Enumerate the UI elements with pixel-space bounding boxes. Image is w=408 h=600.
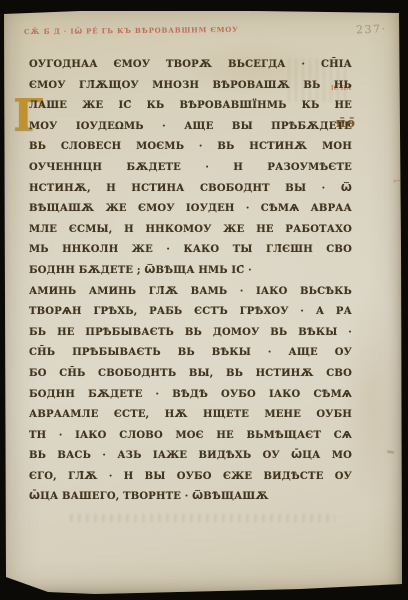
header-rubric: сѫ̄ б̄ д̄ · іѡ̄ ре́ гь къ вѣровавшнм ємо… [24,23,234,37]
text-line: нстинѫ, н нстина свободнт вы · ѿ [29,177,352,198]
text-line: ѡ̄ца вашего, творнте · ѿвѣщашѫ [29,485,352,506]
text-line: єго, гл̄ѫ · н вы оубо єже видѣсте оу [29,465,352,486]
text-line: аминь аминь гл̄ѫ вамь · ıако вьсѣкь [29,280,352,301]
text-line: оученнцн бѫдете · н разоумѣєте [29,156,352,177]
text-line: бо сн̄ь свободнть вы, вь нстинѫ сво [29,362,352,383]
text-line: творѧн грѣхь, рабь єстъ грѣхоу · а ра [29,300,352,321]
text-line: мле єсмы, н ннкомоу же не работахо [29,218,352,239]
text-line: бь не прѣбываєть вь домоу вь вѣкы · [29,321,352,342]
folio-number: 237· [356,22,387,36]
manuscript-page: сѫ̄ б̄ д̄ · іѡ̄ ре́ гь къ вѣровавшнм ємо… [0,0,408,600]
text-line: боднн бѫдете ; ѿвѣща нмь іс̄ · [29,259,352,280]
text-line: вь вась · азь ıаже видѣхь оу ѡ̄ца мо [29,444,352,465]
text-block: оугоднаа ємоу творѫ вьсегда · сн̄ıа ємоу… [29,53,352,506]
text-line: лаше же іс̄ кь вѣровавшїнмь кь не [29,94,352,115]
text-line: вѣщашѫ же ємоу іоуден · сѣмѧ авраа [29,197,352,218]
margin-arrow-mark: ← [392,175,402,187]
text-line: ємоу гл̄ѫщоу мнозн вѣровашѫ вь нь [29,74,352,95]
text-line: авраамле єсте, нѫ нщете мене оубн [29,403,352,424]
text-line: оугоднаа ємоу творѫ вьсегда · сн̄ıа [29,53,352,74]
text-line: боднн бѫдете · вѣдѣ оубо ıако сѣмѧ [29,383,352,404]
text-line: тн · ıако слово моє не вьмѣщаєт сѧ [29,424,352,445]
text-line: вь словесн моємь · вь нстинѫ мон [29,135,352,156]
text-line: мь ннколн же · како ты гл̄єшн сво [29,238,352,259]
text-line: моу іоудеωмь · аще вы прѣбѫдете [29,115,352,136]
text-line: сн̄ь прѣбываєть вь вѣкы · аще оу [29,341,352,362]
ink-bleed-through [70,514,335,522]
